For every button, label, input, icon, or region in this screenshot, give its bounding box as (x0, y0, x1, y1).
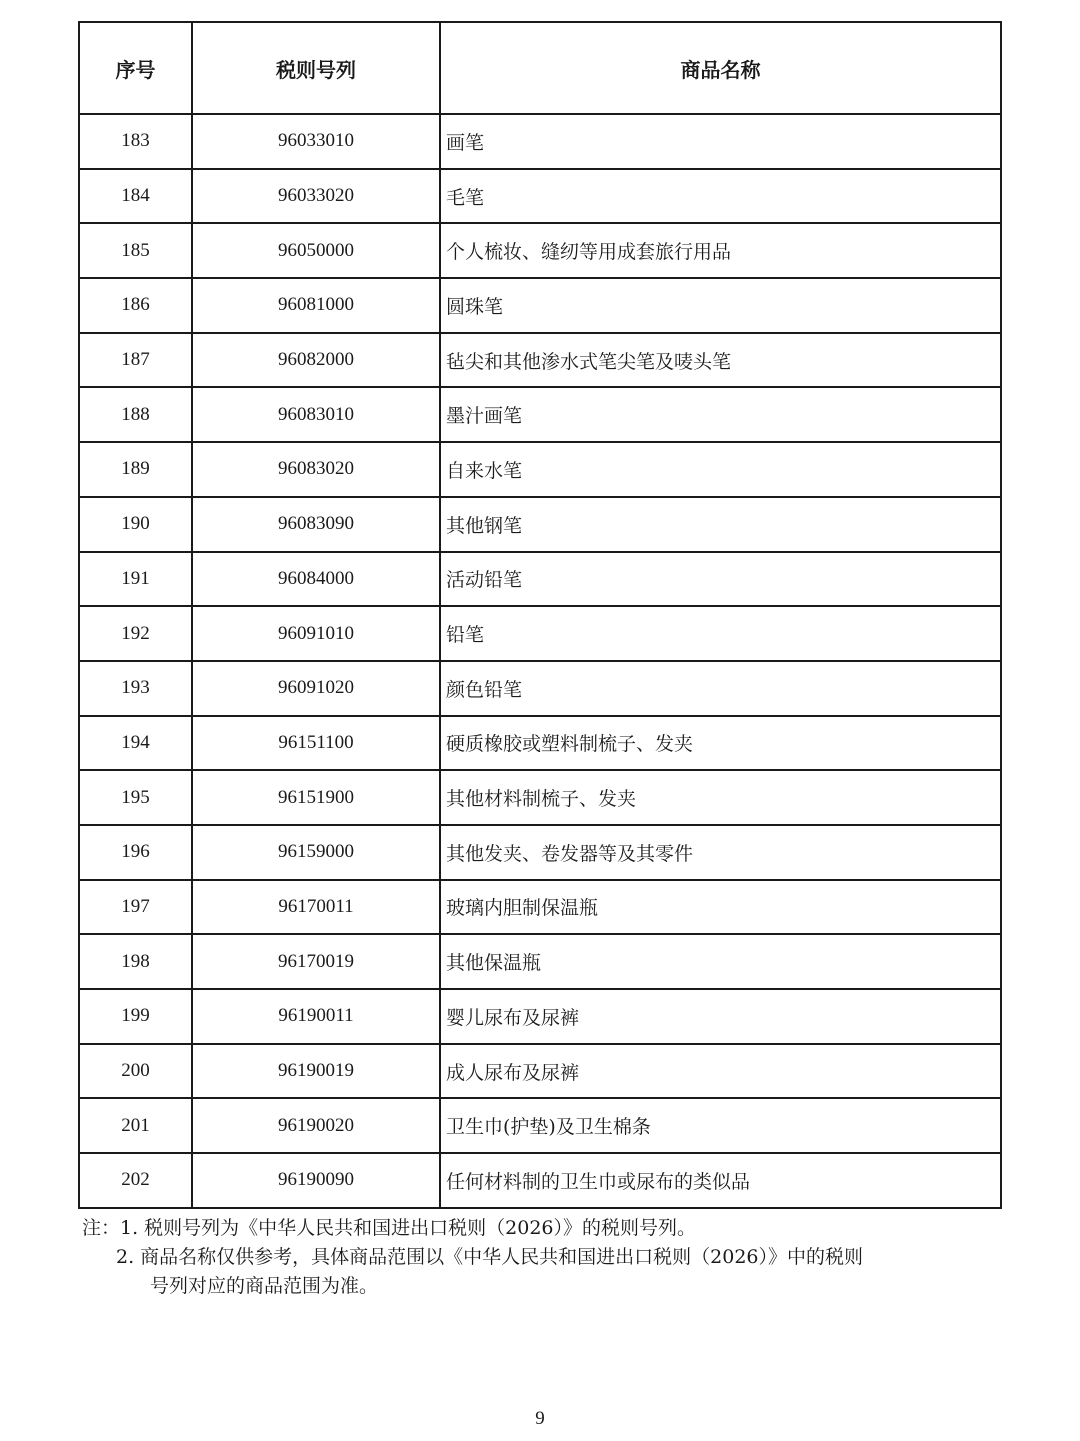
table-row: 189 96083020 自来水笔 (79, 442, 1001, 497)
cell-product-name: 卫生巾(护垫)及卫生棉条 (440, 1098, 1001, 1153)
cell-tariff-code: 96159000 (192, 825, 440, 880)
table-row: 186 96081000 圆珠笔 (79, 278, 1001, 333)
cell-tariff-code: 96033010 (192, 114, 440, 169)
cell-seq: 186 (79, 278, 192, 333)
cell-seq: 190 (79, 497, 192, 552)
table-row: 193 96091020 颜色铅笔 (79, 661, 1001, 716)
cell-seq: 194 (79, 716, 192, 771)
table-row: 185 96050000 个人梳妆、缝纫等用成套旅行用品 (79, 223, 1001, 278)
cell-product-name: 自来水笔 (440, 442, 1001, 497)
cell-product-name: 硬质橡胶或塑料制梳子、发夹 (440, 716, 1001, 771)
cell-seq: 199 (79, 989, 192, 1044)
cell-product-name: 毛笔 (440, 169, 1001, 224)
table-row: 188 96083010 墨汁画笔 (79, 387, 1001, 442)
cell-product-name: 玻璃内胆制保温瓶 (440, 880, 1001, 935)
cell-tariff-code: 96083090 (192, 497, 440, 552)
cell-seq: 189 (79, 442, 192, 497)
cell-seq: 193 (79, 661, 192, 716)
cell-seq: 183 (79, 114, 192, 169)
table-row: 200 96190019 成人尿布及尿裤 (79, 1044, 1001, 1099)
table-row: 202 96190090 任何材料制的卫生巾或尿布的类似品 (79, 1153, 1001, 1208)
cell-product-name: 任何材料制的卫生巾或尿布的类似品 (440, 1153, 1001, 1208)
footnotes: 注：1. 税则号列为《中华人民共和国进出口税则（2026）》的税则号列。 2. … (82, 1214, 992, 1301)
cell-product-name: 其他钢笔 (440, 497, 1001, 552)
cell-tariff-code: 96151100 (192, 716, 440, 771)
cell-seq: 195 (79, 770, 192, 825)
cell-tariff-code: 96170019 (192, 934, 440, 989)
cell-tariff-code: 96033020 (192, 169, 440, 224)
cell-tariff-code: 96084000 (192, 552, 440, 607)
cell-seq: 184 (79, 169, 192, 224)
table-row: 201 96190020 卫生巾(护垫)及卫生棉条 (79, 1098, 1001, 1153)
cell-product-name: 铅笔 (440, 606, 1001, 661)
cell-seq: 197 (79, 880, 192, 935)
header-product-name: 商品名称 (440, 22, 1001, 114)
header-seq: 序号 (79, 22, 192, 114)
cell-tariff-code: 96190090 (192, 1153, 440, 1208)
tariff-table: 序号 税则号列 商品名称 183 96033010 画笔 184 9603302… (78, 21, 1002, 1209)
cell-seq: 198 (79, 934, 192, 989)
table-row: 196 96159000 其他发夹、卷发器等及其零件 (79, 825, 1001, 880)
table-row: 184 96033020 毛笔 (79, 169, 1001, 224)
footnote-1: 注：1. 税则号列为《中华人民共和国进出口税则（2026）》的税则号列。 (82, 1214, 992, 1243)
cell-tariff-code: 96083010 (192, 387, 440, 442)
table-row: 191 96084000 活动铅笔 (79, 552, 1001, 607)
table-row: 183 96033010 画笔 (79, 114, 1001, 169)
cell-product-name: 个人梳妆、缝纫等用成套旅行用品 (440, 223, 1001, 278)
cell-seq: 200 (79, 1044, 192, 1099)
document-page: 序号 税则号列 商品名称 183 96033010 画笔 184 9603302… (0, 0, 1080, 1441)
cell-tariff-code: 96190020 (192, 1098, 440, 1153)
cell-product-name: 成人尿布及尿裤 (440, 1044, 1001, 1099)
cell-tariff-code: 96082000 (192, 333, 440, 388)
cell-product-name: 毡尖和其他渗水式笔尖笔及唛头笔 (440, 333, 1001, 388)
table-row: 198 96170019 其他保温瓶 (79, 934, 1001, 989)
table-header-row: 序号 税则号列 商品名称 (79, 22, 1001, 114)
cell-seq: 192 (79, 606, 192, 661)
cell-tariff-code: 96190011 (192, 989, 440, 1044)
cell-product-name: 圆珠笔 (440, 278, 1001, 333)
cell-tariff-code: 96091010 (192, 606, 440, 661)
cell-product-name: 其他材料制梳子、发夹 (440, 770, 1001, 825)
cell-tariff-code: 96091020 (192, 661, 440, 716)
cell-tariff-code: 96083020 (192, 442, 440, 497)
cell-tariff-code: 96190019 (192, 1044, 440, 1099)
cell-seq: 187 (79, 333, 192, 388)
table-row: 197 96170011 玻璃内胆制保温瓶 (79, 880, 1001, 935)
cell-product-name: 墨汁画笔 (440, 387, 1001, 442)
table-row: 195 96151900 其他材料制梳子、发夹 (79, 770, 1001, 825)
cell-tariff-code: 96170011 (192, 880, 440, 935)
cell-seq: 202 (79, 1153, 192, 1208)
footnote-2-continued: 号列对应的商品范围为准。 (82, 1272, 992, 1301)
cell-product-name: 婴儿尿布及尿裤 (440, 989, 1001, 1044)
cell-seq: 188 (79, 387, 192, 442)
header-tariff-code: 税则号列 (192, 22, 440, 114)
cell-tariff-code: 96081000 (192, 278, 440, 333)
cell-product-name: 其他保温瓶 (440, 934, 1001, 989)
cell-product-name: 其他发夹、卷发器等及其零件 (440, 825, 1001, 880)
cell-tariff-code: 96151900 (192, 770, 440, 825)
cell-seq: 185 (79, 223, 192, 278)
cell-tariff-code: 96050000 (192, 223, 440, 278)
cell-seq: 196 (79, 825, 192, 880)
cell-product-name: 颜色铅笔 (440, 661, 1001, 716)
cell-seq: 201 (79, 1098, 192, 1153)
table-row: 199 96190011 婴儿尿布及尿裤 (79, 989, 1001, 1044)
cell-seq: 191 (79, 552, 192, 607)
cell-product-name: 活动铅笔 (440, 552, 1001, 607)
table-row: 187 96082000 毡尖和其他渗水式笔尖笔及唛头笔 (79, 333, 1001, 388)
table-row: 194 96151100 硬质橡胶或塑料制梳子、发夹 (79, 716, 1001, 771)
table-row: 190 96083090 其他钢笔 (79, 497, 1001, 552)
page-number: 9 (0, 1408, 1080, 1430)
cell-product-name: 画笔 (440, 114, 1001, 169)
table-row: 192 96091010 铅笔 (79, 606, 1001, 661)
footnote-2: 2. 商品名称仅供参考，具体商品范围以《中华人民共和国进出口税则（2026）》中… (82, 1243, 992, 1272)
